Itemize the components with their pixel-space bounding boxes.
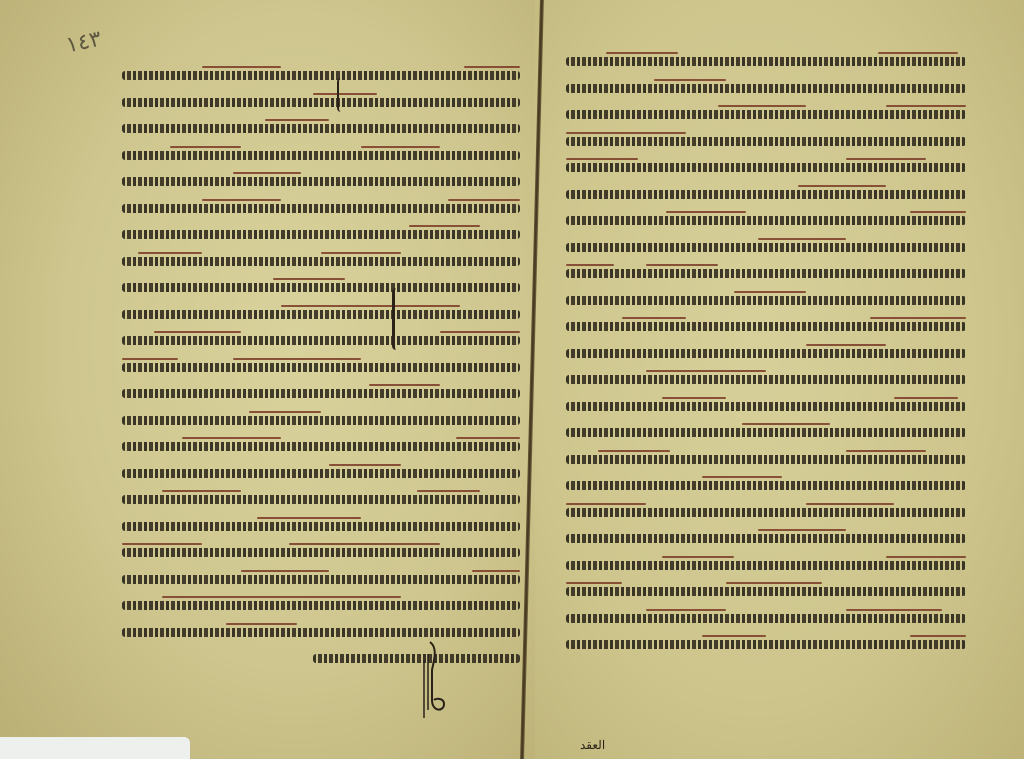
rubric-overline [606, 52, 678, 54]
script-line [122, 221, 520, 248]
rubric-overline [226, 623, 298, 625]
rubric-overline [870, 317, 966, 319]
ink-text [566, 587, 966, 596]
script-line [566, 446, 966, 473]
ink-text [122, 177, 520, 186]
script-line [566, 181, 966, 208]
ink-text [566, 84, 966, 93]
ink-text [566, 534, 966, 543]
rubric-overline [566, 132, 686, 134]
ink-text [566, 243, 966, 252]
rubric-overline [361, 146, 441, 148]
rubric-overline [910, 635, 966, 637]
ink-text [566, 375, 966, 384]
left-page-text-block: العقد عن الصداق يجبر اكان او غير مجبر [122, 62, 520, 672]
ink-text [122, 124, 520, 133]
rubric-overline [162, 490, 242, 492]
rubric-overline [566, 503, 646, 505]
script-line [566, 525, 966, 552]
ink-text [566, 455, 966, 464]
rubric-overline [646, 264, 718, 266]
rubric-overline [249, 411, 321, 413]
rubric-overline [233, 358, 360, 360]
script-line [566, 287, 966, 314]
script-line [122, 62, 520, 89]
rubric-overline [162, 596, 401, 598]
colophon-flourish [418, 640, 448, 720]
rubric-overline [369, 384, 441, 386]
ink-text [566, 57, 966, 66]
ink-text [122, 575, 520, 584]
script-line [122, 380, 520, 407]
rubric-overline [281, 305, 460, 307]
rubric-overline [702, 635, 766, 637]
ink-text [566, 561, 966, 570]
rubric-overline [233, 172, 301, 174]
script-line [122, 89, 520, 116]
rubric-overline [878, 52, 958, 54]
script-line [566, 154, 966, 181]
script-line [122, 301, 520, 328]
ink-text [122, 71, 520, 80]
manuscript-spread: ١٤٣ العقد عن الصداق يجبر اكان او غير مجب… [0, 0, 1024, 759]
rubric-overline [154, 331, 242, 333]
rubric-overline [257, 517, 360, 519]
rubric-overline [182, 437, 282, 439]
script-line [566, 552, 966, 579]
rubric-overline [440, 331, 520, 333]
ink-text [566, 137, 966, 146]
rubric-overline [806, 503, 894, 505]
script-line [566, 313, 966, 340]
rubric-overline [886, 105, 966, 107]
rubric-overline [758, 529, 846, 531]
ink-text [566, 508, 966, 517]
rubric-overline [566, 582, 622, 584]
rubric-overline [846, 450, 926, 452]
rubric-overline [886, 556, 966, 558]
script-line [122, 513, 520, 540]
rubric-overline [846, 158, 926, 160]
rubric-overline [566, 158, 638, 160]
rubric-overline [289, 543, 440, 545]
script-line [122, 327, 520, 354]
script-line [122, 407, 520, 434]
ink-text [122, 628, 520, 637]
script-line [122, 195, 520, 222]
script-line [122, 619, 520, 646]
ink-text [566, 110, 966, 119]
script-line [566, 499, 966, 526]
right-page-text-block: هذا الموضع في متعلقه من شرح الايجاز والا… [566, 48, 966, 658]
rubric-overline [417, 490, 481, 492]
ink-text [566, 640, 966, 649]
ink-text [122, 310, 520, 319]
marginal-bracket [392, 288, 401, 350]
script-line [566, 605, 966, 632]
rubric-overline [273, 278, 345, 280]
rubric-overline [702, 476, 782, 478]
ink-text [122, 336, 520, 345]
rubric-overline [122, 543, 202, 545]
ink-text [566, 322, 966, 331]
rubric-overline [662, 397, 726, 399]
rubric-overline [666, 211, 746, 213]
rubric-overline [646, 370, 766, 372]
script-line [566, 631, 966, 658]
script-line [566, 128, 966, 155]
ink-text [566, 296, 966, 305]
ink-text [566, 402, 966, 411]
background-corner [0, 737, 190, 759]
ink-text [566, 269, 966, 278]
script-line [122, 539, 520, 566]
script-line [566, 48, 966, 75]
script-line [122, 460, 520, 487]
script-line [122, 566, 520, 593]
rubric-overline [726, 582, 822, 584]
folio-number: ١٤٣ [64, 27, 104, 59]
ink-text [122, 522, 520, 531]
rubric-overline [894, 397, 958, 399]
rubric-overline [464, 66, 520, 68]
rubric-overline [566, 264, 614, 266]
ink-text [566, 614, 966, 623]
script-line [122, 354, 520, 381]
script-line [566, 340, 966, 367]
ink-text [313, 654, 520, 663]
rubric-overline [138, 252, 202, 254]
rubric-overline [654, 79, 726, 81]
rubric-overline [265, 119, 329, 121]
script-line [566, 207, 966, 234]
ink-text [122, 257, 520, 266]
script-line [566, 472, 966, 499]
script-line [566, 578, 966, 605]
script-line [566, 393, 966, 420]
ink-text [122, 601, 520, 610]
script-line [122, 248, 520, 275]
ink-text [122, 230, 520, 239]
ink-text [122, 416, 520, 425]
rubric-overline [798, 185, 886, 187]
ink-text [122, 204, 520, 213]
rubric-overline [742, 423, 830, 425]
ink-text [122, 151, 520, 160]
script-line [566, 419, 966, 446]
ink-text [566, 216, 966, 225]
rubric-overline [806, 344, 886, 346]
script-line [122, 142, 520, 169]
rubric-overline [662, 556, 734, 558]
rubric-overline [456, 437, 520, 439]
ink-text [566, 349, 966, 358]
rubric-overline [758, 238, 846, 240]
script-line [566, 260, 966, 287]
ink-text [122, 469, 520, 478]
marginal-bracket [337, 78, 345, 112]
rubric-overline [734, 291, 806, 293]
script-line [122, 168, 520, 195]
right-page: هذا الموضع في متعلقه من شرح الايجاز والا… [535, 0, 1024, 759]
rubric-overline [846, 609, 942, 611]
ink-text [566, 190, 966, 199]
script-line [566, 234, 966, 261]
ink-text [566, 428, 966, 437]
rubric-overline [241, 570, 329, 572]
rubric-overline [910, 211, 966, 213]
rubric-overline [122, 358, 178, 360]
ink-text [122, 98, 520, 107]
ink-text [122, 548, 520, 557]
ink-text [122, 283, 520, 292]
rubric-overline [321, 252, 401, 254]
rubric-overline [170, 146, 242, 148]
rubric-overline [622, 317, 686, 319]
script-line [566, 101, 966, 128]
rubric-overline [409, 225, 481, 227]
script-line [122, 115, 520, 142]
script-line [566, 75, 966, 102]
ink-text [122, 442, 520, 451]
rubric-overline [472, 570, 520, 572]
rubric-overline [646, 609, 726, 611]
rubric-overline [329, 464, 401, 466]
ink-text [122, 389, 520, 398]
rubric-overline [202, 199, 282, 201]
rubric-overline [718, 105, 806, 107]
script-line [122, 486, 520, 513]
left-page: ١٤٣ العقد عن الصداق يجبر اكان او غير مجب… [0, 0, 535, 759]
ink-text [566, 163, 966, 172]
catchword: العقد [580, 738, 605, 752]
rubric-overline [202, 66, 282, 68]
ink-text [566, 481, 966, 490]
rubric-overline [598, 450, 670, 452]
rubric-overline [448, 199, 520, 201]
script-line [122, 274, 520, 301]
ink-text [122, 363, 520, 372]
script-line [566, 366, 966, 393]
script-line [122, 645, 520, 672]
script-line [122, 433, 520, 460]
script-line [122, 592, 520, 619]
ink-text [122, 495, 520, 504]
